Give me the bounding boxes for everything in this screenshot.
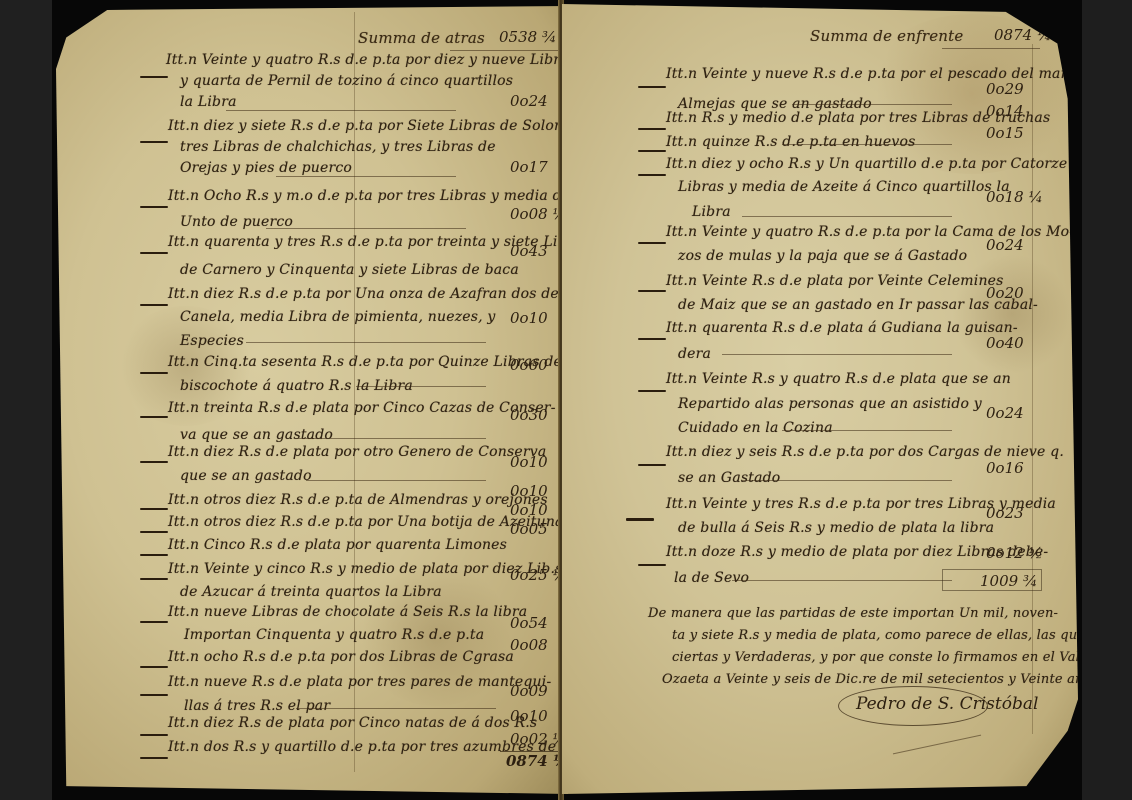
entry-line: Canela, media Libra de pimienta, nuezes,… xyxy=(180,309,496,325)
entry-line: zos de mulas y la paja que se á Gastado xyxy=(678,248,967,264)
signature: Pedro de S. Cristóbal xyxy=(856,694,1038,714)
entry-marker xyxy=(638,390,666,392)
entry-marker xyxy=(140,531,168,533)
entry-line: Itt.n diez y siete R.s d.e p.ta por Siet… xyxy=(168,118,568,134)
entry-marker xyxy=(638,290,666,292)
entry-line: Itt.n Cinco R.s d.e plata por quarenta L… xyxy=(168,537,507,553)
entry-amount: 0o09 xyxy=(510,682,548,700)
entry-amount: 0o24 xyxy=(986,236,1024,254)
entry-marker xyxy=(140,461,168,463)
entry-amount: 0o54 xyxy=(510,614,548,632)
entry-amount: 0o23 xyxy=(986,504,1024,522)
line-rule xyxy=(722,354,952,355)
closing-line: ta y siete R.s y media de plata, como pa… xyxy=(672,628,1078,644)
entry-amount: 0o10 xyxy=(510,482,548,500)
entry-line: Itt.n otros diez R.s d.e p.ta de Almendr… xyxy=(168,492,548,508)
entry-line: de bulla á Seis R.s y medio de plata la … xyxy=(678,520,994,536)
entry-marker xyxy=(140,734,168,736)
line-rule xyxy=(276,176,456,177)
entry-marker xyxy=(638,242,666,244)
entry-line: Itt.n quarenta R.s d.e plata á Gudiana l… xyxy=(666,320,1018,336)
entry-line: Libra xyxy=(692,204,731,220)
entry-marker xyxy=(638,464,666,466)
entry-line: Especies xyxy=(180,333,244,349)
entry-amount: 0o05 xyxy=(510,520,548,538)
entry-line: de Azucar á treinta quartos la Libra xyxy=(180,584,442,600)
closing-line: Ozaeta a Veinte y seis de Dic.re de mil … xyxy=(662,672,1078,688)
left-page: Summa de atras 0538 ¾ Itt.n Veinte y qua… xyxy=(56,6,568,794)
entry-amount: 0o10 xyxy=(510,501,548,519)
entry-line: Itt.n Veinte y quatro R.s d.e p.ta por d… xyxy=(166,52,568,68)
entry-marker xyxy=(140,141,168,143)
entry-marker xyxy=(626,518,654,521)
entry-line: Importan Cinquenta y quatro R.s d.e p.ta xyxy=(184,627,484,643)
entry-marker xyxy=(140,76,168,78)
entry-line: Itt.n quarenta y tres R.s d.e p.ta por t… xyxy=(168,234,568,250)
entry-marker xyxy=(638,338,666,340)
entry-amount: 0o18 ¼ xyxy=(986,188,1043,206)
entry-marker xyxy=(638,86,666,88)
entry-marker xyxy=(140,206,168,208)
line-rule xyxy=(266,228,466,229)
viewer-frame-right xyxy=(1082,0,1132,800)
entry-line: se an Gastado xyxy=(678,470,780,486)
stain xyxy=(952,254,1072,374)
line-rule xyxy=(246,342,486,343)
entry-line: y quarta de Pernil de tozino á cinco qua… xyxy=(180,73,513,89)
entry-amount: 0o10 xyxy=(510,707,548,725)
entry-marker xyxy=(140,694,168,696)
entry-line: Repartido alas personas que an asistido … xyxy=(678,396,982,412)
entry-line: Cuidado en la Cozina xyxy=(678,420,833,436)
entry-amount: 0o15 xyxy=(986,124,1024,142)
entry-line: Itt.n diez R.s d.e plata por otro Genero… xyxy=(168,444,546,460)
line-rule xyxy=(782,430,952,431)
closing-line: De manera que las partidas de este impor… xyxy=(648,606,1058,622)
entry-line: Itt.n nueve Libras de chocolate á Seis R… xyxy=(168,604,527,620)
entry-marker xyxy=(140,666,168,668)
signature-rubric xyxy=(893,735,981,755)
entry-marker xyxy=(140,554,168,556)
entry-line: Itt.n Veinte R.s y quatro R.s d.e plata … xyxy=(666,371,1011,387)
header-rule xyxy=(942,48,1040,49)
entry-marker xyxy=(140,757,168,759)
entry-marker xyxy=(140,252,168,254)
entry-line: Itt.n nueve R.s d.e plata por tres pares… xyxy=(168,674,551,690)
entry-line: Itt.n Veinte R.s d.e plata por Veinte Ce… xyxy=(666,273,1004,289)
entry-amount: 0o08 xyxy=(510,636,548,654)
line-rule xyxy=(742,216,952,217)
entry-line: Itt.n Veinte y cinco R.s y medio de plat… xyxy=(168,561,563,577)
entry-amount: 0o43 xyxy=(510,242,548,260)
entry-amount: 0o40 xyxy=(986,334,1024,352)
line-rule xyxy=(742,480,952,481)
left-header-amount: 0538 ¾ xyxy=(499,28,556,46)
line-rule xyxy=(356,386,486,387)
entry-amount: 0o30 xyxy=(510,406,548,424)
right-page: Summa de enfrente 0874 ¼ Itt.n Veinte y … xyxy=(562,4,1078,794)
entry-marker xyxy=(140,304,168,306)
entry-line: Itt.n diez R.s de plata por Cinco natas … xyxy=(168,715,537,731)
entry-line: de Maiz que se an gastado en Ir passar l… xyxy=(678,297,1038,313)
entry-amount: 0o29 xyxy=(986,80,1024,98)
entry-line: Orejas y pies de puerco xyxy=(180,160,352,176)
entry-line: Itt.n treinta R.s d.e plata por Cinco Ca… xyxy=(168,400,556,416)
entry-amount: 0o20 xyxy=(986,284,1024,302)
entry-line: va que se an gastado xyxy=(180,427,333,443)
entry-amount: 0o24 xyxy=(986,404,1024,422)
entry-amount: 0o16 xyxy=(986,459,1024,477)
viewer-frame-left xyxy=(0,0,52,800)
entry-line: Itt.n diez y ocho R.s y Un quartillo d.e… xyxy=(666,156,1067,172)
entry-line: Itt.n Cinq.ta sesenta R.s d.e p.ta por Q… xyxy=(168,354,562,370)
entry-line: Itt.n otros diez R.s d.e p.ta por Una bo… xyxy=(168,514,568,530)
right-page-total: 1009 ¾ xyxy=(980,572,1037,590)
line-rule xyxy=(782,144,952,145)
entry-amount: 0o10 xyxy=(510,453,548,471)
entry-line: dera xyxy=(678,346,711,362)
entry-line: Itt.n ocho R.s d.e p.ta por dos Libras d… xyxy=(168,649,514,665)
entry-line: Itt.n quinze R.s d.e p.ta en huevos xyxy=(666,134,915,150)
entry-line: que se an gastado xyxy=(180,468,312,484)
entry-line: de Carnero y Cinquenta y siete Libras de… xyxy=(180,262,519,278)
entry-line: Itt.n Ocho R.s y m.o d.e p.ta por tres L… xyxy=(168,188,568,204)
header-rule xyxy=(450,50,568,51)
right-header-label: Summa de enfrente xyxy=(810,28,963,44)
entry-amount: 0o10 xyxy=(510,309,548,327)
entry-amount: 0o17 xyxy=(510,158,548,176)
entry-line: Libras y media de Azeite á Cinco quartil… xyxy=(678,179,1010,195)
entry-marker xyxy=(140,621,168,623)
entry-marker xyxy=(638,564,666,566)
entry-line: la de Sevo xyxy=(674,570,749,586)
entry-marker xyxy=(140,578,168,580)
ledger-spread: Summa de atras 0538 ¾ Itt.n Veinte y qua… xyxy=(52,0,1082,800)
entry-marker xyxy=(638,150,666,152)
line-rule xyxy=(792,104,952,105)
entry-marker xyxy=(140,372,168,374)
entry-line: Itt.n diez R.s d.e p.ta por Una onza de … xyxy=(168,286,559,302)
right-header-amount: 0874 ¼ xyxy=(994,26,1051,44)
entry-line: la Libra xyxy=(180,94,237,110)
entry-amount: 0o12 ½ xyxy=(986,544,1043,562)
entry-amount: 0o24 xyxy=(510,92,548,110)
line-rule xyxy=(296,438,486,439)
entry-marker xyxy=(140,508,168,510)
entry-amount: 0o60 xyxy=(510,356,548,374)
line-rule xyxy=(306,480,486,481)
line-rule xyxy=(732,580,952,581)
entry-line: Itt.n diez y seis R.s d.e p.ta por dos C… xyxy=(666,444,1064,460)
entry-line: tres Libras de chalchichas, y tres Libra… xyxy=(180,139,496,155)
entry-marker xyxy=(638,128,666,130)
line-rule xyxy=(226,110,456,111)
entry-line: llas á tres R.s el par xyxy=(184,698,330,714)
entry-marker xyxy=(638,174,666,176)
entry-amount: 0o14 xyxy=(986,102,1024,120)
line-rule xyxy=(296,708,496,709)
entry-marker xyxy=(140,416,168,418)
closing-line: ciertas y Verdaderas, y por que conste l… xyxy=(672,650,1078,666)
left-header-label: Summa de atras xyxy=(358,30,485,46)
